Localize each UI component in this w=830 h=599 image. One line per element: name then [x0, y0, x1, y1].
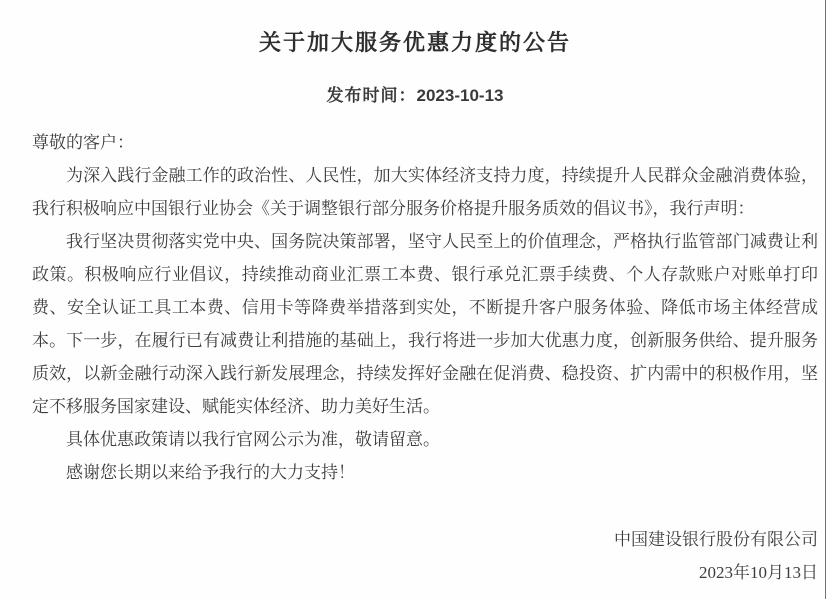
signature-company: 中国建设银行股份有限公司: [614, 523, 818, 556]
paragraph-4: 感谢您长期以来给予我行的大力支持！: [32, 456, 818, 489]
page-title: 关于加大服务优惠力度的公告: [0, 0, 830, 57]
salutation: 尊敬的客户：: [32, 126, 818, 159]
paragraph-3: 具体优惠政策请以我行官网公示为准，敬请留意。: [32, 423, 818, 456]
announcement-document: 关于加大服务优惠力度的公告 发布时间：2023-10-13 尊敬的客户： 为深入…: [0, 0, 830, 599]
publish-time-label: 发布时间：: [327, 86, 417, 105]
publish-time-date: 2023-10-13: [417, 86, 504, 105]
signature-block: 中国建设银行股份有限公司 2023年10月13日: [614, 523, 818, 589]
window-right-edge-line: [825, 0, 826, 599]
paragraph-2: 我行坚决贯彻落实党中央、国务院决策部署，坚守人民至上的价值理念，严格执行监管部门…: [32, 225, 818, 423]
signature-date: 2023年10月13日: [614, 556, 818, 589]
document-body: 尊敬的客户： 为深入践行金融工作的政治性、人民性，加大实体经济支持力度，持续提升…: [32, 126, 818, 489]
publish-time-line: 发布时间：2023-10-13: [0, 81, 830, 106]
paragraph-1: 为深入践行金融工作的政治性、人民性，加大实体经济支持力度，持续提升人民群众金融消…: [32, 159, 818, 225]
